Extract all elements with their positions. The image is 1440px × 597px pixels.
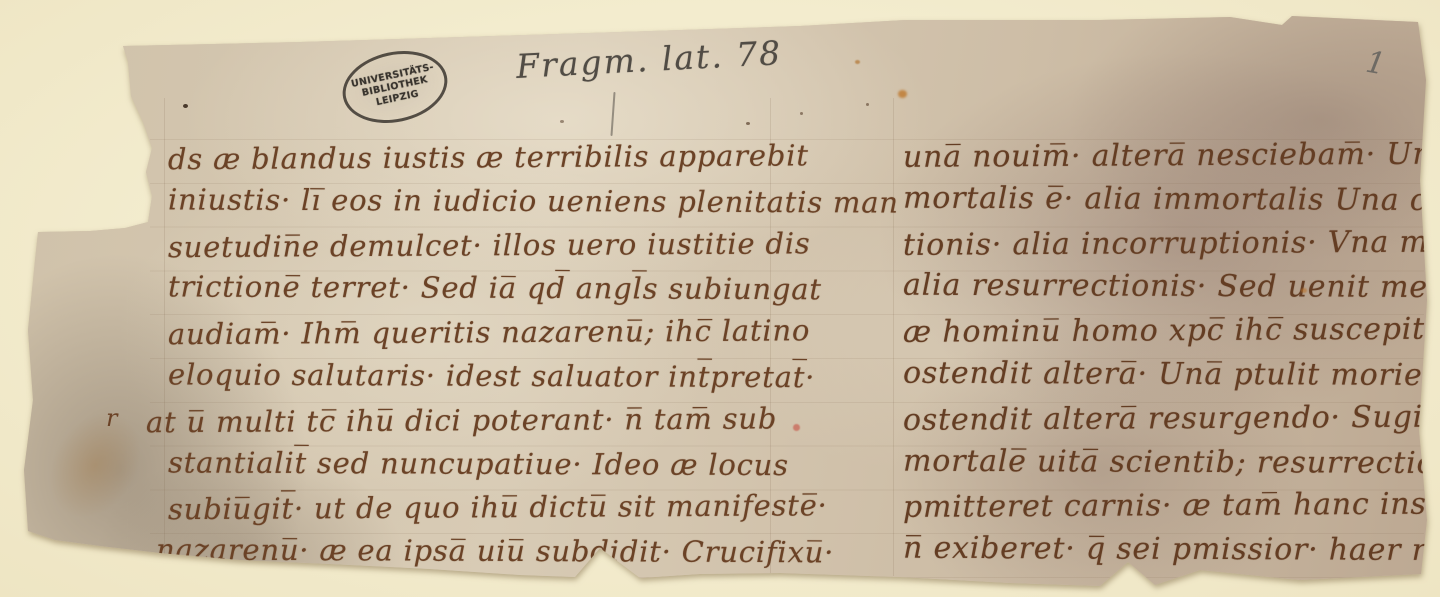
manuscript-line: alia resurrectionis· Sed uenit mediator [903,268,1440,315]
folio-number: 1 [1363,45,1388,83]
manuscript-line: ostendit altera̅ resurgendo· Sugit̅ no [903,399,1440,447]
wormhole-speck [183,104,188,108]
orange-stain [898,90,907,98]
red-pigment-dot [793,424,800,431]
manuscript-line: tionis· alia incorruptionis· Vna mort [903,224,1440,272]
manuscript-line: trictione̅ terret· Sed ia̅ qd̅ angl̅s su… [168,270,899,317]
manuscript-line: at u̅ multi tc̅ ihu̅ dici poterant· n̅ t… [146,400,899,448]
manuscript-line: audiam̅· Ihm̅ queritis nazarenu̅; ihc̅ l… [168,313,899,361]
manuscript-line: nazarenu̅· æ ea ipsa̅ uiu̅ subdidit· Cru… [156,533,899,580]
manuscript-line: subiu̅git̅· ut de quo ihu̅ dictu̅ sit ma… [168,488,899,536]
manuscript-line: iniustis· li̅ eos in iudicio ueniens ple… [168,182,899,229]
orange-stain [855,60,860,64]
parchment-fragment: UNIVERSITÄTS- BIBLIOTHEK LEIPZIG Fragm. … [0,0,1440,597]
manuscript-line: pmitteret carnis· æ tam̅ hanc insibilit [903,486,1440,534]
parchment-shadow: UNIVERSITÄTS- BIBLIOTHEK LEIPZIG Fragm. … [0,0,1440,597]
prick-mark [866,103,869,106]
manuscript-line: ostendit altera̅· Una̅ ptulit moriendo [903,356,1440,403]
manuscript-line: æ hominu̅ homo xpc̅ ihc̅ suscepit una̅ · [903,311,1440,359]
leipzig-university-library-stamp: UNIVERSITÄTS- BIBLIOTHEK LEIPZIG [336,42,454,133]
shelfmark-annotation: Fragm. lat. 78 [515,33,783,86]
manuscript-line: mortalis e̅· alia immortalis Una corru [903,180,1440,227]
manuscript-line: mortale̅ uita̅ scientib; resurrection [903,443,1440,490]
stray-pen-stroke [610,92,615,136]
manuscript-line: stantialit̅ sed nuncupatiue· Ideo æ locu… [168,445,899,492]
ruling-line-vertical [164,98,165,576]
orange-stain [1301,288,1307,293]
prick-mark [746,122,750,125]
stain [10,373,180,558]
photograph-backdrop: UNIVERSITÄTS- BIBLIOTHEK LEIPZIG Fragm. … [0,0,1440,597]
left-text-column: ds æ blandus iustis æ terribilis appareb… [168,140,899,578]
prick-mark [560,120,564,123]
manuscript-line: suetudin̅e demulcet· illos uero iustitie… [168,225,899,273]
right-text-column: una̅ nouim̅· altera̅ nesciebam̅· Una q̅p… [903,138,1440,576]
marginal-correction-mark: r [106,404,117,432]
manuscript-line: eloquio salutaris· idest saluator int̅pr… [168,357,899,404]
prick-mark [800,112,803,115]
manuscript-line: ds æ blandus iustis æ terribilis appareb… [168,138,899,186]
manuscript-line: una̅ nouim̅· altera̅ nesciebam̅· Una q̅p… [903,136,1440,184]
manuscript-line: n̅ exiberet· q̅ sei pmissior· haer ret Ī [903,531,1440,578]
